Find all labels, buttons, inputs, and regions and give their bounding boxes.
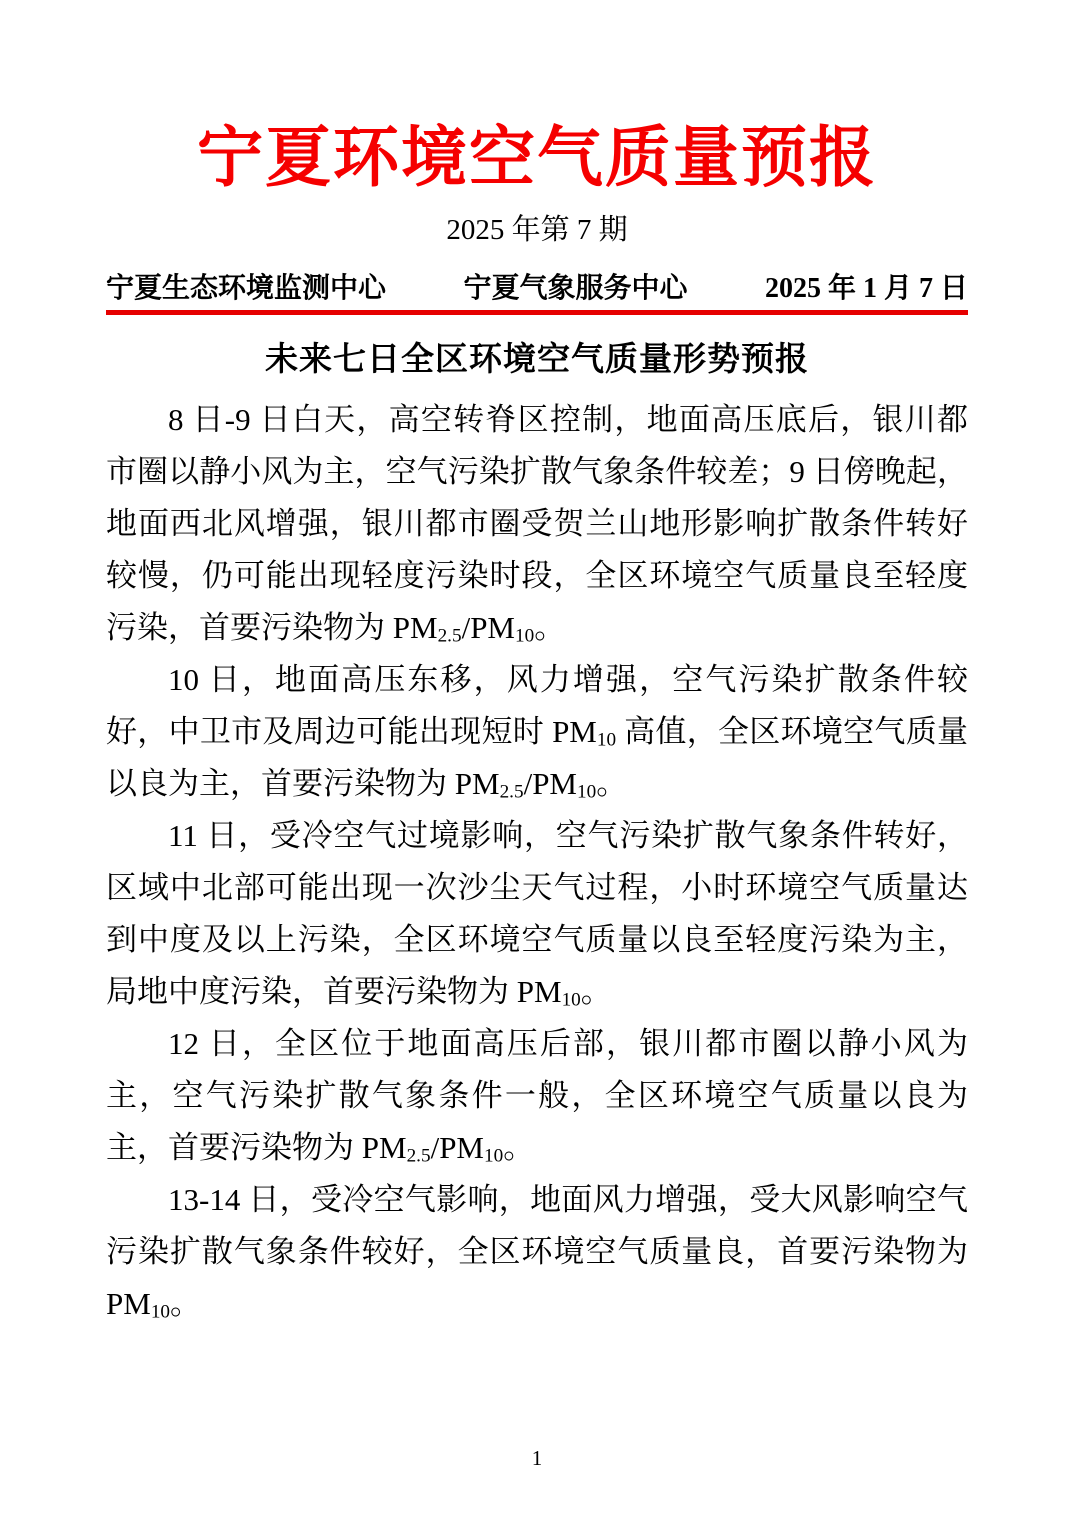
issuer-monitoring-center: 宁夏生态环境监测中心 <box>106 273 386 305</box>
forecast-text-block: 8 日-9 日白天，高空转脊区控制，地面高压底后，银川都市圈以静小风为主，空气污… <box>106 394 968 1330</box>
forecast-paragraph-day12: 12 日，全区位于地面高压后部，银川都市圈以静小风为主，空气污染扩散气象条件一般… <box>106 1018 968 1174</box>
issue-number: 2025 年第 7 期 <box>106 214 968 247</box>
header-divider-rule <box>106 310 968 315</box>
forecast-paragraph-day8-9: 8 日-9 日白天，高空转脊区控制，地面高压底后，银川都市圈以静小风为主，空气污… <box>106 394 968 654</box>
issue-date: 2025 年 1 月 7 日 <box>765 273 968 305</box>
forecast-paragraph-day13-14: 13-14 日，受冷空气影响，地面风力增强，受大风影响空气污染扩散气象条件较好，… <box>106 1174 968 1330</box>
issuer-meteorological-center: 宁夏气象服务中心 <box>463 273 687 305</box>
forecast-paragraph-day10: 10 日，地面高压东移，风力增强，空气污染扩散条件较好，中卫市及周边可能出现短时… <box>106 654 968 810</box>
document-body: 未来七日全区环境空气质量形势预报 8 日-9 日白天，高空转脊区控制，地面高压底… <box>106 340 968 1330</box>
document-header: 宁夏环境空气质量预报 2025 年第 7 期 宁夏生态环境监测中心 宁夏气象服务… <box>106 122 968 315</box>
page-footer: 1 <box>0 1446 1074 1470</box>
section-title: 未来七日全区环境空气质量形势预报 <box>106 340 968 380</box>
forecast-paragraph-day11: 11 日，受冷空气过境影响，空气污染扩散气象条件转好，区域中北部可能出现一次沙尘… <box>106 810 968 1018</box>
issuer-row: 宁夏生态环境监测中心 宁夏气象服务中心 2025 年 1 月 7 日 <box>106 273 968 305</box>
document-page: 宁夏环境空气质量预报 2025 年第 7 期 宁夏生态环境监测中心 宁夏气象服务… <box>0 0 1074 1520</box>
document-title: 宁夏环境空气质量预报 <box>106 122 968 196</box>
page-number: 1 <box>532 1446 543 1470</box>
